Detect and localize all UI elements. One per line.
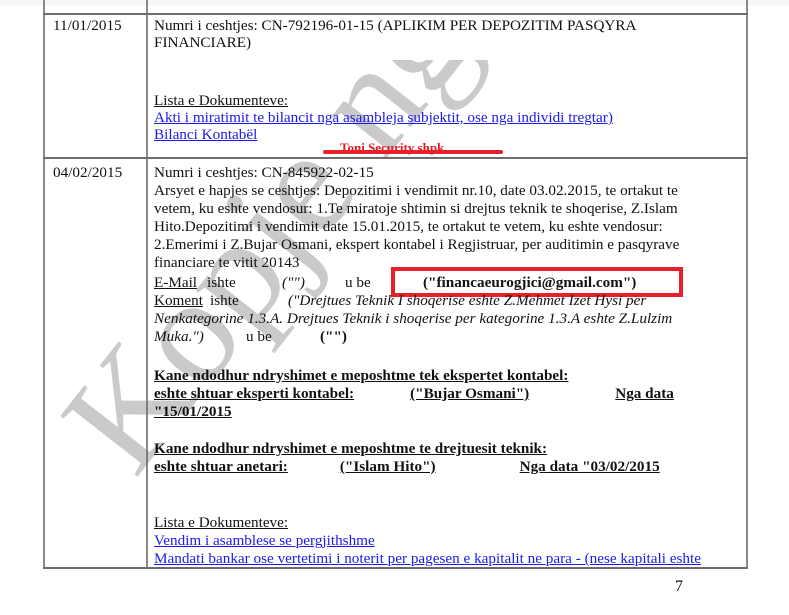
expert-added-label: eshte shtuar eksperti kontabel: bbox=[154, 385, 354, 402]
case-number: Numri i ceshtjes: CN-845922-02-15 bbox=[154, 164, 374, 181]
email-ishte: ishte bbox=[207, 274, 236, 291]
row-date: 11/01/2015 bbox=[53, 17, 122, 34]
case-number: Numri i ceshtjes: CN-792196-01-15 (APLIK… bbox=[154, 17, 636, 34]
case-reason-line: Arsyet e hapjes se ceshtjes: Depozitimi … bbox=[154, 182, 678, 199]
documents-heading: Lista e Dokumenteve: bbox=[154, 514, 288, 531]
director-name: ("Islam Hito") bbox=[340, 458, 436, 475]
page-number: 7 bbox=[675, 578, 683, 596]
table-row-divider bbox=[43, 157, 748, 159]
expert-changes-heading: Kane ndodhur ndryshimet e meposhtme tek … bbox=[154, 367, 568, 384]
case-reason-line: vetem, ku eshte vendosur: 1.Te miratoje … bbox=[154, 200, 678, 217]
table-border-left bbox=[43, 0, 45, 569]
case-number-cont: FINANCIARE) bbox=[154, 34, 251, 51]
comment-u-be: u be bbox=[246, 328, 272, 345]
annotation-underline bbox=[323, 150, 503, 154]
page-top-edge bbox=[0, 0, 789, 5]
case-reason-line: 2.Emerimi i Z.Bujar Osmani, ekspert kont… bbox=[154, 236, 679, 253]
director-from-label: Nga data "03/02/2015 bbox=[520, 458, 660, 475]
director-changes-heading: Kane ndodhur ndryshimet e meposhtme te d… bbox=[154, 440, 547, 457]
director-changes-entry: eshte shtuar anetari:("Islam Hito")Nga d… bbox=[154, 458, 660, 475]
row-date: 04/02/2015 bbox=[53, 164, 122, 181]
email-label: E-Mail bbox=[154, 274, 197, 291]
comment-label: Koment bbox=[154, 292, 203, 309]
case-reason-line: financiare te vitit 20143 bbox=[154, 254, 300, 271]
comment-old-value: ("Drejtues Teknik I shoqerise eshte Z.Me… bbox=[288, 292, 646, 309]
document-link[interactable]: Vendim i asamblese se pergjithshme bbox=[154, 532, 375, 549]
documents-heading: Lista e Dokumenteve: bbox=[154, 92, 288, 109]
comment-old-value-cont: Nenkategorine 1.3.A. Drejtues Teknik i s… bbox=[154, 310, 672, 327]
comment-old-value-cont: Muka.") bbox=[154, 328, 204, 345]
expert-from-date: "15/01/2015 bbox=[154, 403, 232, 420]
document-link[interactable]: Akti i miratimit te bilancit nga asamble… bbox=[154, 109, 613, 126]
table-column-divider bbox=[146, 0, 148, 569]
table-border-bottom bbox=[43, 567, 748, 569]
email-old-value: ("") bbox=[282, 274, 305, 291]
expert-changes-entry: eshte shtuar eksperti kontabel:("Bujar O… bbox=[154, 385, 689, 402]
director-added-label: eshte shtuar anetari: bbox=[154, 458, 288, 475]
expert-from-label: Nga data bbox=[615, 385, 674, 402]
comment-ishte: ishte bbox=[210, 292, 239, 309]
table-border-right bbox=[746, 0, 748, 569]
table-row-divider bbox=[43, 13, 748, 15]
document-link[interactable]: Bilanci Kontabël bbox=[154, 126, 257, 143]
case-reason-line: Hito.Depozitimi i vendimit date 15.01.20… bbox=[154, 218, 663, 235]
document-page: Kopje nga web 11/01/2015 Numri i ceshtje… bbox=[0, 0, 789, 615]
document-link[interactable]: Mandati bankar ose vertetimi i noterit p… bbox=[154, 550, 701, 567]
email-u-be: u be bbox=[345, 274, 371, 291]
comment-new-value: ("") bbox=[320, 328, 347, 345]
expert-name: ("Bujar Osmani") bbox=[410, 385, 529, 402]
